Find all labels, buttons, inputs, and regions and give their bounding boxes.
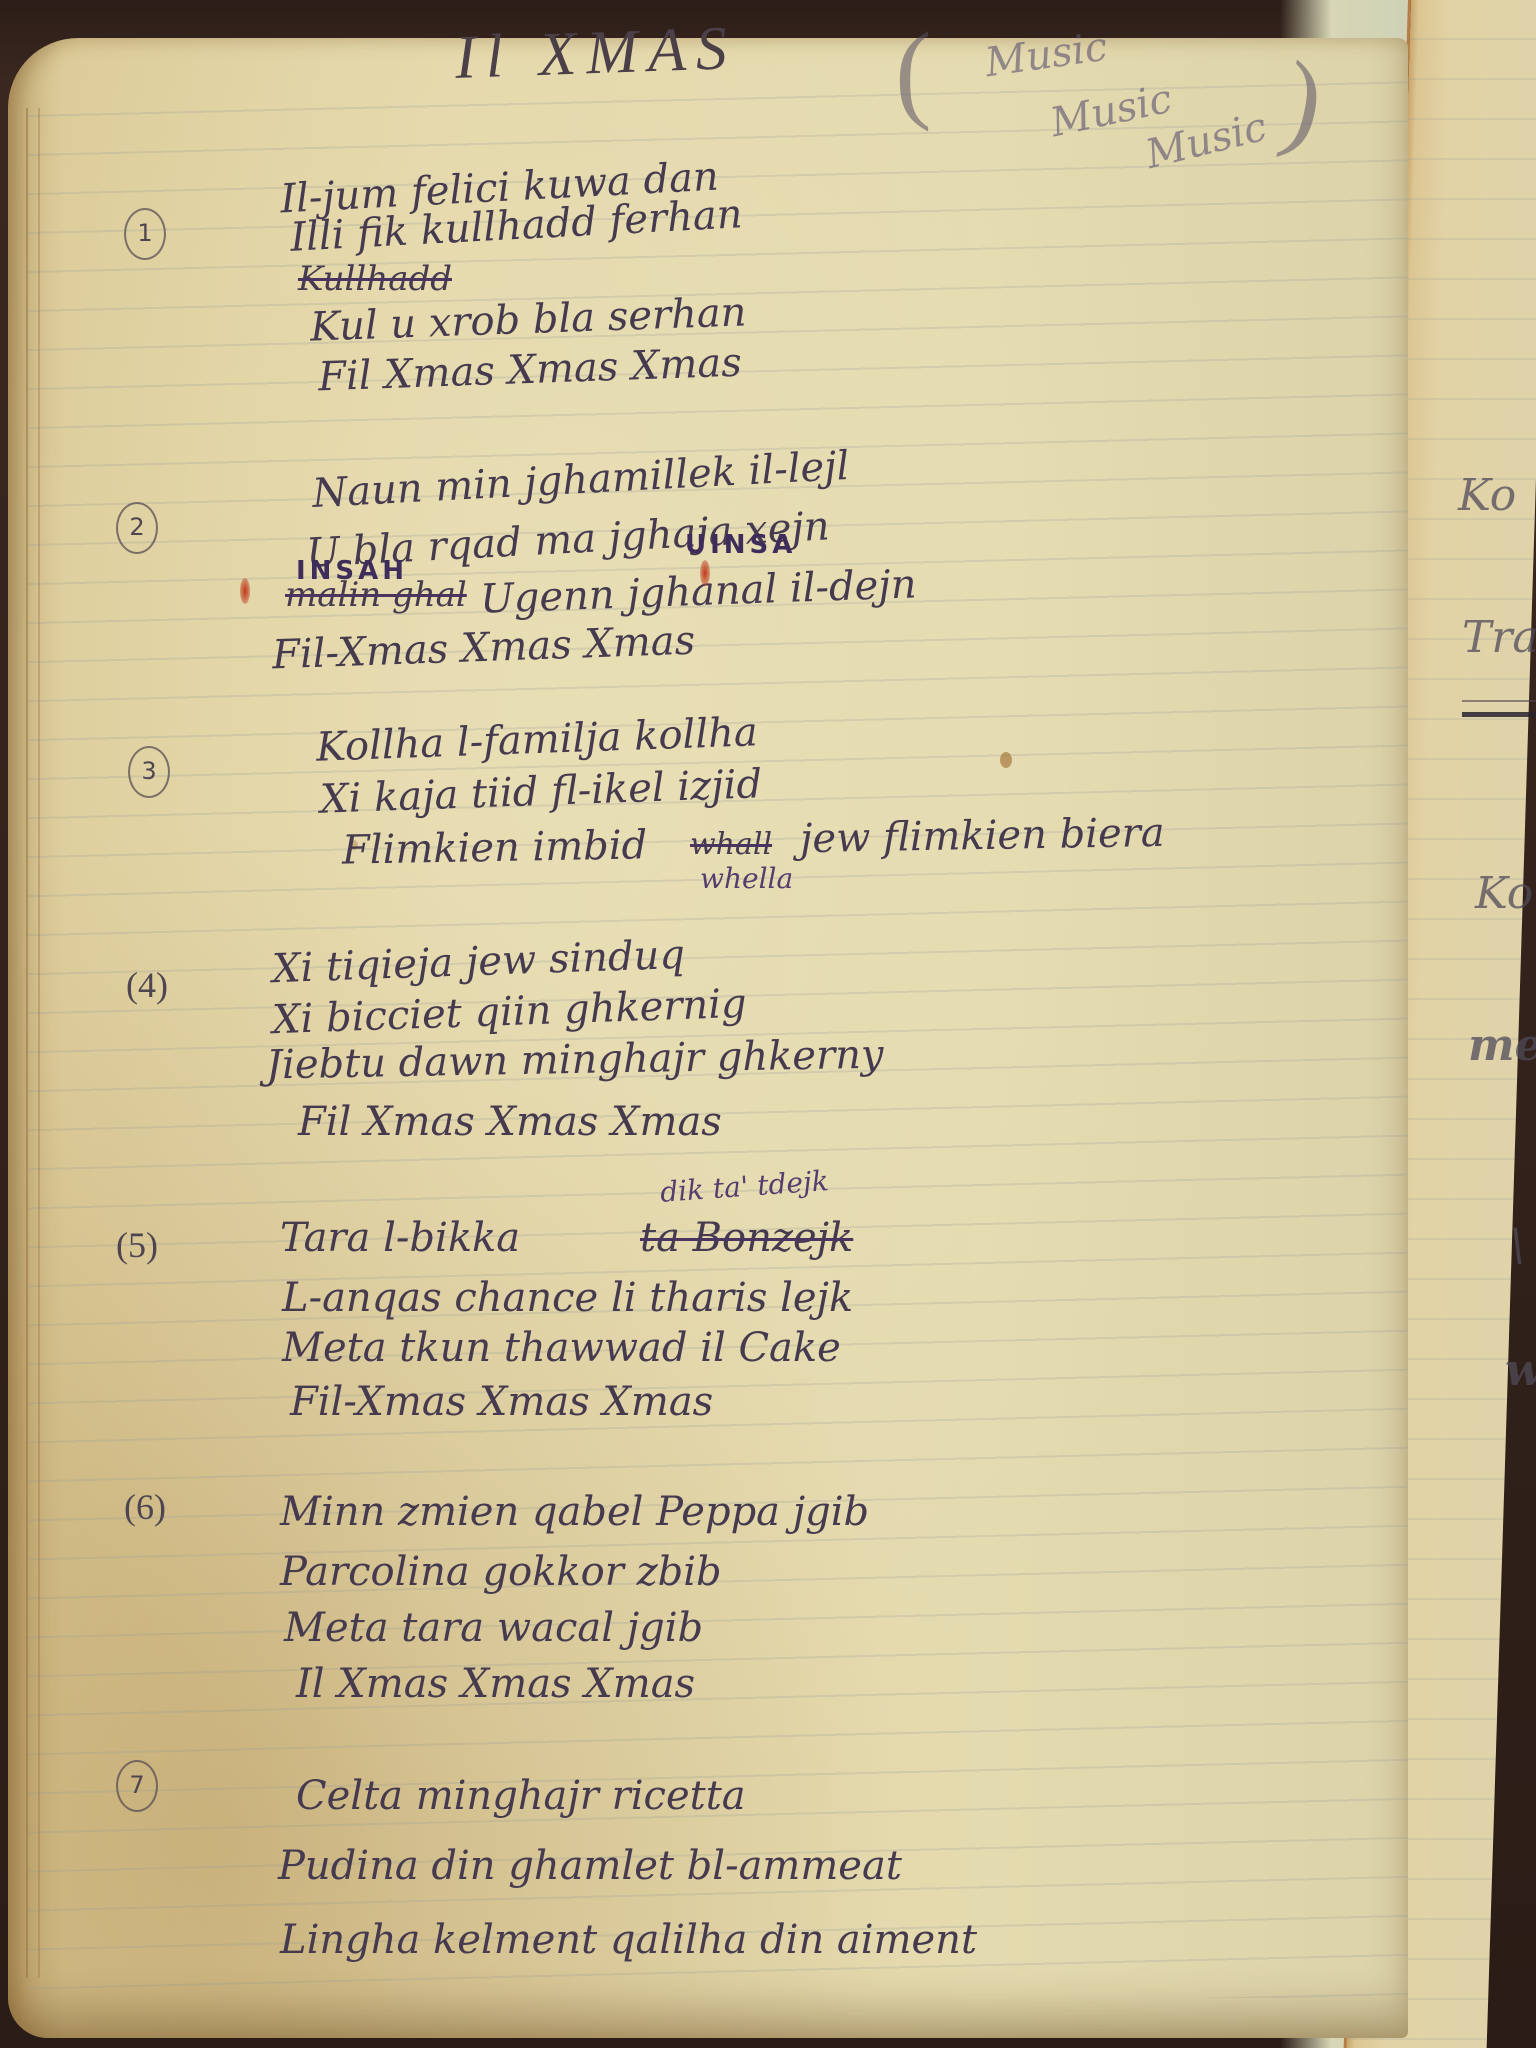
lyric-line: L-anqas chance li tharis lejk xyxy=(282,1278,853,1318)
adjacent-page-fragment: Ko xyxy=(1458,470,1516,521)
stanza-number: 3 xyxy=(128,746,170,798)
correction-text: UINSA xyxy=(685,530,796,560)
red-ink-mark xyxy=(700,560,710,586)
lyric-line: Celta minghajr ricetta xyxy=(296,1776,746,1816)
lyric-line: Jiebtu dawn minghajr ghkerny xyxy=(266,1035,884,1086)
ink-stain xyxy=(1000,752,1012,768)
red-ink-mark xyxy=(240,578,250,604)
adjacent-page-fragment: w xyxy=(1505,1345,1536,1396)
correction-text: INSAH xyxy=(296,556,408,586)
correction-text: whella xyxy=(700,862,793,895)
stanza-number: (4) xyxy=(126,962,168,1010)
lyric-line: Meta tkun thawwad il Cake xyxy=(282,1328,841,1368)
adjacent-page-fragment: me xyxy=(1468,1020,1536,1071)
lyric-line-struck: whall xyxy=(690,830,772,860)
lyric-line: jew flimkien biera xyxy=(800,813,1165,859)
lyric-line: Parcolina gokkor zbib xyxy=(280,1552,722,1592)
annotation-paren-open: ( xyxy=(895,8,932,135)
page-binding-edge xyxy=(26,108,40,1978)
lyric-line-struck: Kullhadd xyxy=(298,262,452,296)
annotation-word: Music xyxy=(982,24,1110,87)
lyric-line: Flimkien imbid xyxy=(342,825,648,870)
lyric-line: Fil Xmas Xmas Xmas xyxy=(298,1102,722,1142)
lyric-line: Tara l-bikka xyxy=(280,1218,520,1258)
lyric-line: Meta tara wacal jgib xyxy=(284,1608,703,1648)
lyric-line: Pudina din ghamlet bl-ammeat xyxy=(278,1846,902,1886)
page-title: Il XMAS xyxy=(454,13,738,94)
stanza-number: 7 xyxy=(116,1760,158,1812)
title-annotation: ( Music Music Music ) xyxy=(915,28,1305,178)
stanza-number: 1 xyxy=(124,208,166,260)
lyric-line: Lingha kelment qalilha din aiment xyxy=(280,1920,977,1960)
adjacent-page-fragment: \ xyxy=(1510,1220,1525,1271)
stanza-number: (6) xyxy=(124,1484,166,1532)
adjacent-page-fragment: Tra xyxy=(1462,612,1536,663)
stanza-number: 2 xyxy=(116,502,158,554)
double-underline xyxy=(1462,700,1536,717)
lyric-line: Il Xmas Xmas Xmas xyxy=(296,1664,695,1704)
lyric-line-struck: ta Bonzejk xyxy=(640,1218,853,1258)
stanza-number: (5) xyxy=(116,1222,158,1270)
lyric-line: Minn zmien qabel Peppa jgib xyxy=(280,1492,869,1532)
lyric-line: Fil-Xmas Xmas Xmas xyxy=(290,1382,713,1422)
adjacent-page-fragment: Ko xyxy=(1475,868,1533,919)
